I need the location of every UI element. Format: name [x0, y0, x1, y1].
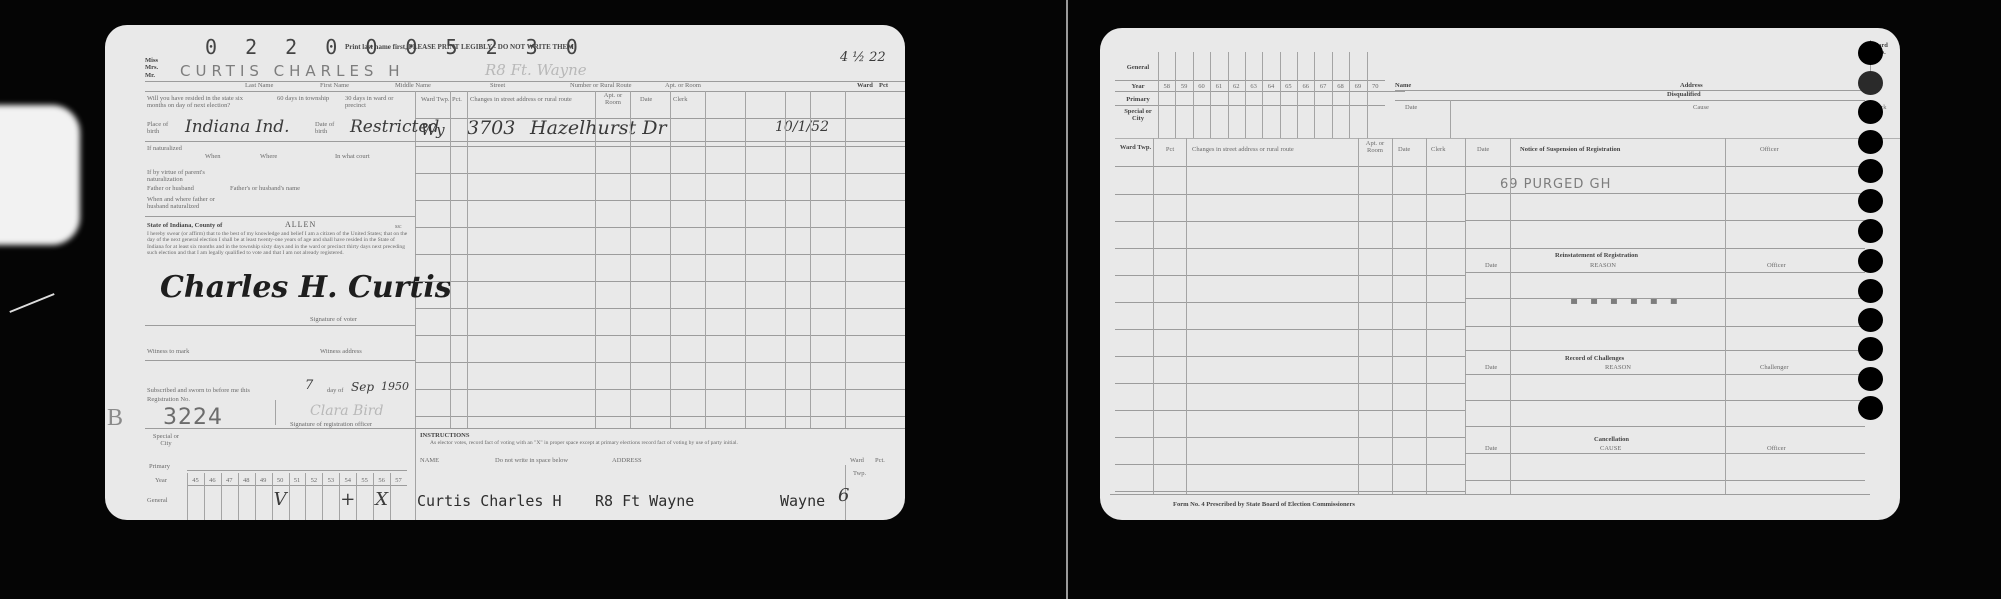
typed-pct: 6: [838, 485, 849, 506]
vote-year: 52: [305, 477, 322, 484]
vote-year: 56: [373, 477, 390, 484]
name-faded: CURTIS CHARLES H: [180, 62, 405, 80]
vote-mark: V: [272, 489, 289, 510]
vote-year: 54: [339, 477, 356, 484]
vote-year: 49: [255, 477, 272, 484]
header-instruction: Print last name first, PLEASE PRINT LEGI…: [345, 43, 574, 51]
front-vote-years: 454647484950V51525354+5556X57: [187, 473, 407, 520]
voter-signature: Charles H. Curtis: [160, 270, 452, 305]
oath-text: I hereby swear (or affirm) that to the b…: [147, 231, 412, 257]
vote-year: 51: [289, 477, 306, 484]
vote-year: 68: [1332, 83, 1349, 90]
vote-year: 48: [238, 477, 255, 484]
vote-year: 59: [1175, 83, 1192, 90]
purged-stamp: 69 PURGED GH: [1500, 177, 1611, 192]
vote-year: 58: [1158, 83, 1175, 90]
typed-ward: Wayne: [780, 492, 825, 510]
vote-year: 70: [1367, 83, 1384, 90]
change-street: Hazelhurst Dr: [530, 117, 667, 139]
county-value: ALLEN: [285, 220, 316, 229]
vote-year: 67: [1314, 83, 1331, 90]
top-right-note: 4 ½ 22: [840, 50, 886, 65]
vote-year: 47: [221, 477, 238, 484]
vote-year: 57: [390, 477, 407, 484]
form-footer: Form No. 4 Prescribed by State Board of …: [1173, 501, 1355, 508]
vote-mark: X: [373, 489, 390, 510]
scan-scratch: [9, 293, 54, 313]
registration-card-back: General Year Primary Special or City 585…: [1100, 28, 1900, 520]
place-of-birth: Indiana Ind.: [185, 117, 290, 137]
vote-year: 46: [204, 477, 221, 484]
typed-name: Curtis Charles H: [417, 492, 562, 510]
back-vote-years: 58596061626364656667686970: [1158, 52, 1384, 138]
registration-number: 3224: [163, 405, 223, 430]
vote-year: 66: [1297, 83, 1314, 90]
typed-address: R8 Ft Wayne: [595, 492, 694, 510]
vote-mark: +: [339, 489, 356, 510]
scan-divider: [1066, 0, 1068, 599]
change-ward: Wy: [421, 121, 445, 139]
vote-year: 60: [1193, 83, 1210, 90]
change-number: 3703: [467, 117, 515, 139]
vote-year: 61: [1210, 83, 1227, 90]
vote-year: 55: [356, 477, 373, 484]
vote-year: 64: [1262, 83, 1279, 90]
change-date: 10/1/52: [775, 119, 829, 135]
vote-year: 69: [1349, 83, 1366, 90]
street-faded: R8 Ft. Wayne: [485, 61, 587, 79]
title-prefixes: MissMrs.Mr.: [145, 57, 158, 79]
officer-signature: Clara Bird: [310, 403, 383, 419]
registration-card-front: 0 2 2 0 0 0 5 2 3 0 Print last name firs…: [105, 25, 905, 520]
vote-year: 62: [1228, 83, 1245, 90]
vote-year: 45: [187, 477, 204, 484]
vote-year: 65: [1280, 83, 1297, 90]
registration-series: B: [107, 405, 123, 432]
vote-year: 53: [322, 477, 339, 484]
vote-year: 63: [1245, 83, 1262, 90]
scan-glare: [0, 105, 80, 245]
vote-year: 50: [272, 477, 289, 484]
